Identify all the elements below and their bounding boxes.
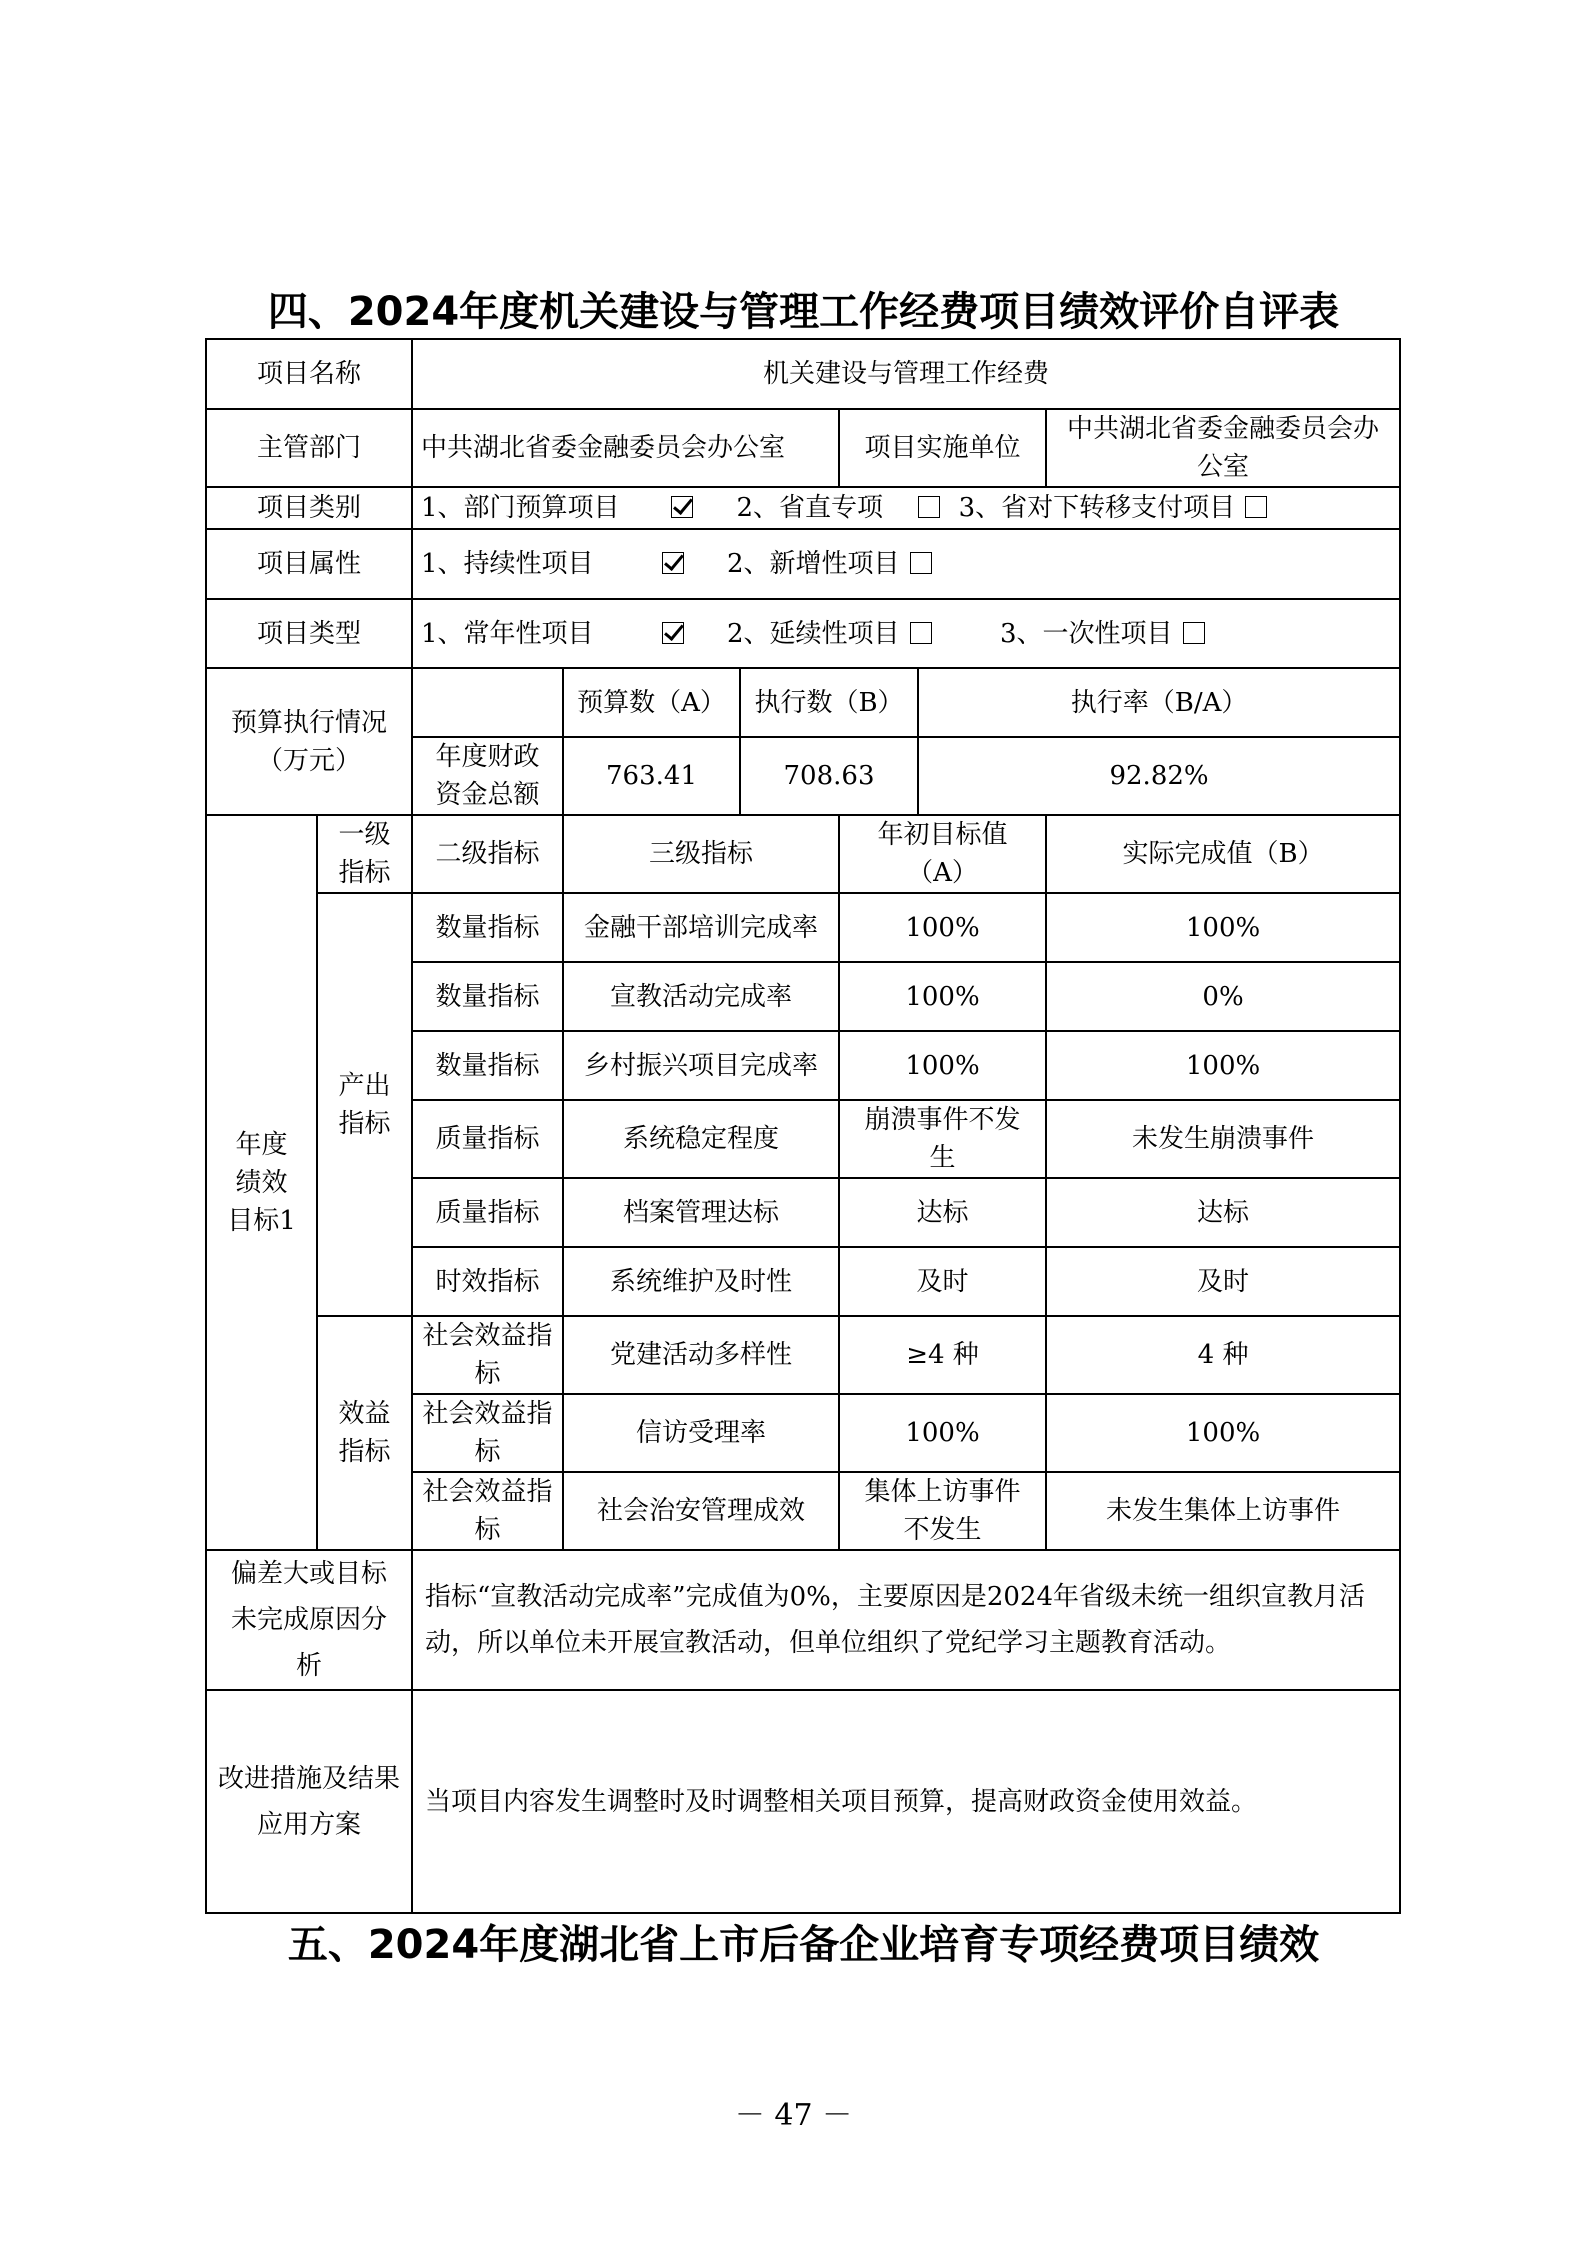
- target-cell: 达标: [839, 1178, 1046, 1247]
- budget-col-a: 预算数（A）: [563, 668, 740, 737]
- actual-cell: 100%: [1046, 893, 1400, 962]
- dept-value: 中共湖北省委金融委员会办公室: [412, 409, 839, 487]
- category-option-1: 1、部门预算项目: [421, 489, 728, 527]
- attribute-options: 1、持续性项目 2、新增性项目: [412, 529, 1400, 599]
- level2-cell: 数量指标: [412, 962, 563, 1031]
- actual-cell: 100%: [1046, 1394, 1400, 1472]
- indicator-row: 效益指标 社会效益指标 党建活动多样性 ≥4 种 4 种: [206, 1316, 1400, 1394]
- type-row: 项目类型 1、常年性项目 2、延续性项目 3、一次性项目: [206, 599, 1400, 668]
- checkbox-checked-icon[interactable]: [671, 496, 693, 518]
- type-option-1: 1、常年性项目: [421, 615, 719, 653]
- header-level3: 三级指标: [563, 815, 839, 893]
- department-row: 主管部门 中共湖北省委金融委员会办公室 项目实施单位 中共湖北省委金融委员会办公…: [206, 409, 1400, 487]
- attribute-option-1: 1、持续性项目: [421, 545, 719, 583]
- budget-header-row: 预算执行情况（万元） 预算数（A） 执行数（B） 执行率（B/A）: [206, 668, 1400, 737]
- goal-label: 年度绩效目标1: [206, 815, 317, 1550]
- page-number: － 47 －: [0, 2090, 1587, 2134]
- level2-cell: 社会效益指标: [412, 1472, 563, 1550]
- checkbox-checked-icon[interactable]: [662, 622, 684, 644]
- deviation-label: 偏差大或目标未完成原因分析: [206, 1550, 412, 1690]
- budget-row-label: 年度财政资金总额: [412, 737, 563, 815]
- level3-cell: 系统维护及时性: [563, 1247, 839, 1316]
- header-actual: 实际完成值（B）: [1046, 815, 1400, 893]
- deviation-text: 指标“宣教活动完成率”完成值为0%，主要原因是2024年省级未统一组织宣教月活动…: [412, 1550, 1400, 1690]
- target-cell: 崩溃事件不发生: [839, 1100, 1046, 1178]
- budget-label: 预算执行情况（万元）: [206, 668, 412, 815]
- attribute-row: 项目属性 1、持续性项目 2、新增性项目: [206, 529, 1400, 599]
- checkbox-empty-icon[interactable]: [1183, 622, 1205, 644]
- level3-cell: 乡村振兴项目完成率: [563, 1031, 839, 1100]
- improvement-row: 改进措施及结果应用方案 当项目内容发生调整时及时调整相关项目预算，提高财政资金使…: [206, 1690, 1400, 1913]
- actual-cell: 及时: [1046, 1247, 1400, 1316]
- level3-cell: 信访受理率: [563, 1394, 839, 1472]
- checkbox-empty-icon[interactable]: [910, 552, 932, 574]
- level2-cell: 时效指标: [412, 1247, 563, 1316]
- target-cell: 集体上访事件不发生: [839, 1472, 1046, 1550]
- header-level1: 一级指标: [317, 815, 412, 893]
- next-table-title: 五、2024年度湖北省上市后备企业培育专项经费项目绩效: [10, 1913, 1587, 1970]
- category-label: 项目类别: [206, 487, 412, 529]
- actual-cell: 未发生集体上访事件: [1046, 1472, 1400, 1550]
- attribute-option-2: 2、新增性项目: [727, 545, 934, 583]
- target-cell: 及时: [839, 1247, 1046, 1316]
- level3-cell: 系统稳定程度: [563, 1100, 839, 1178]
- target-cell: 100%: [839, 893, 1046, 962]
- attribute-label: 项目属性: [206, 529, 412, 599]
- impl-unit-value: 中共湖北省委金融委员会办公室: [1046, 409, 1400, 487]
- type-options: 1、常年性项目 2、延续性项目 3、一次性项目: [412, 599, 1400, 668]
- category-row: 项目类别 1、部门预算项目 2、省直专项 3、省对下转移支付项目: [206, 487, 1400, 529]
- header-level2: 二级指标: [412, 815, 563, 893]
- checkbox-checked-icon[interactable]: [662, 552, 684, 574]
- type-label: 项目类型: [206, 599, 412, 668]
- level2-cell: 质量指标: [412, 1178, 563, 1247]
- improvement-label: 改进措施及结果应用方案: [206, 1690, 412, 1913]
- target-cell: ≥4 种: [839, 1316, 1046, 1394]
- budget-a-value: 763.41: [563, 737, 740, 815]
- target-cell: 100%: [839, 1031, 1046, 1100]
- benefit-indicator-label: 效益指标: [317, 1316, 412, 1550]
- indicator-header-row: 年度绩效目标1 一级指标 二级指标 三级指标 年初目标值（A） 实际完成值（B）: [206, 815, 1400, 893]
- type-option-3: 3、一次性项目: [1000, 615, 1207, 653]
- level2-cell: 社会效益指标: [412, 1316, 563, 1394]
- category-option-3: 3、省对下转移支付项目: [959, 489, 1270, 527]
- level3-cell: 党建活动多样性: [563, 1316, 839, 1394]
- checkbox-empty-icon[interactable]: [910, 622, 932, 644]
- project-name-value: 机关建设与管理工作经费: [412, 339, 1400, 409]
- indicator-row: 产出指标 数量指标 金融干部培训完成率 100% 100%: [206, 893, 1400, 962]
- output-indicator-label: 产出指标: [317, 893, 412, 1316]
- target-cell: 100%: [839, 962, 1046, 1031]
- budget-b-value: 708.63: [740, 737, 918, 815]
- level2-cell: 数量指标: [412, 1031, 563, 1100]
- budget-col-b: 执行数（B）: [740, 668, 918, 737]
- actual-cell: 4 种: [1046, 1316, 1400, 1394]
- category-options: 1、部门预算项目 2、省直专项 3、省对下转移支付项目: [412, 487, 1400, 529]
- impl-unit-label: 项目实施单位: [839, 409, 1046, 487]
- level2-cell: 数量指标: [412, 893, 563, 962]
- budget-empty-cell: [412, 668, 563, 737]
- project-name-row: 项目名称 机关建设与管理工作经费: [206, 339, 1400, 409]
- dept-label: 主管部门: [206, 409, 412, 487]
- level3-cell: 金融干部培训完成率: [563, 893, 839, 962]
- checkbox-empty-icon[interactable]: [1245, 496, 1267, 518]
- type-option-2: 2、延续性项目: [727, 615, 992, 653]
- target-cell: 100%: [839, 1394, 1046, 1472]
- table-title: 四、2024年度机关建设与管理工作经费项目绩效评价自评表: [10, 280, 1587, 337]
- performance-evaluation-table: 项目名称 机关建设与管理工作经费 主管部门 中共湖北省委金融委员会办公室 项目实…: [205, 338, 1401, 1914]
- deviation-row: 偏差大或目标未完成原因分析 指标“宣教活动完成率”完成值为0%，主要原因是202…: [206, 1550, 1400, 1690]
- project-name-label: 项目名称: [206, 339, 412, 409]
- actual-cell: 达标: [1046, 1178, 1400, 1247]
- improvement-text: 当项目内容发生调整时及时调整相关项目预算，提高财政资金使用效益。: [412, 1690, 1400, 1913]
- budget-rate-value: 92.82%: [918, 737, 1400, 815]
- budget-col-rate: 执行率（B/A）: [918, 668, 1400, 737]
- level2-cell: 质量指标: [412, 1100, 563, 1178]
- header-target: 年初目标值（A）: [839, 815, 1046, 893]
- checkbox-empty-icon[interactable]: [918, 496, 940, 518]
- actual-cell: 未发生崩溃事件: [1046, 1100, 1400, 1178]
- actual-cell: 0%: [1046, 962, 1400, 1031]
- level3-cell: 社会治安管理成效: [563, 1472, 839, 1550]
- level3-cell: 档案管理达标: [563, 1178, 839, 1247]
- level2-cell: 社会效益指标: [412, 1394, 563, 1472]
- actual-cell: 100%: [1046, 1031, 1400, 1100]
- level3-cell: 宣教活动完成率: [563, 962, 839, 1031]
- category-option-2: 2、省直专项: [736, 489, 950, 527]
